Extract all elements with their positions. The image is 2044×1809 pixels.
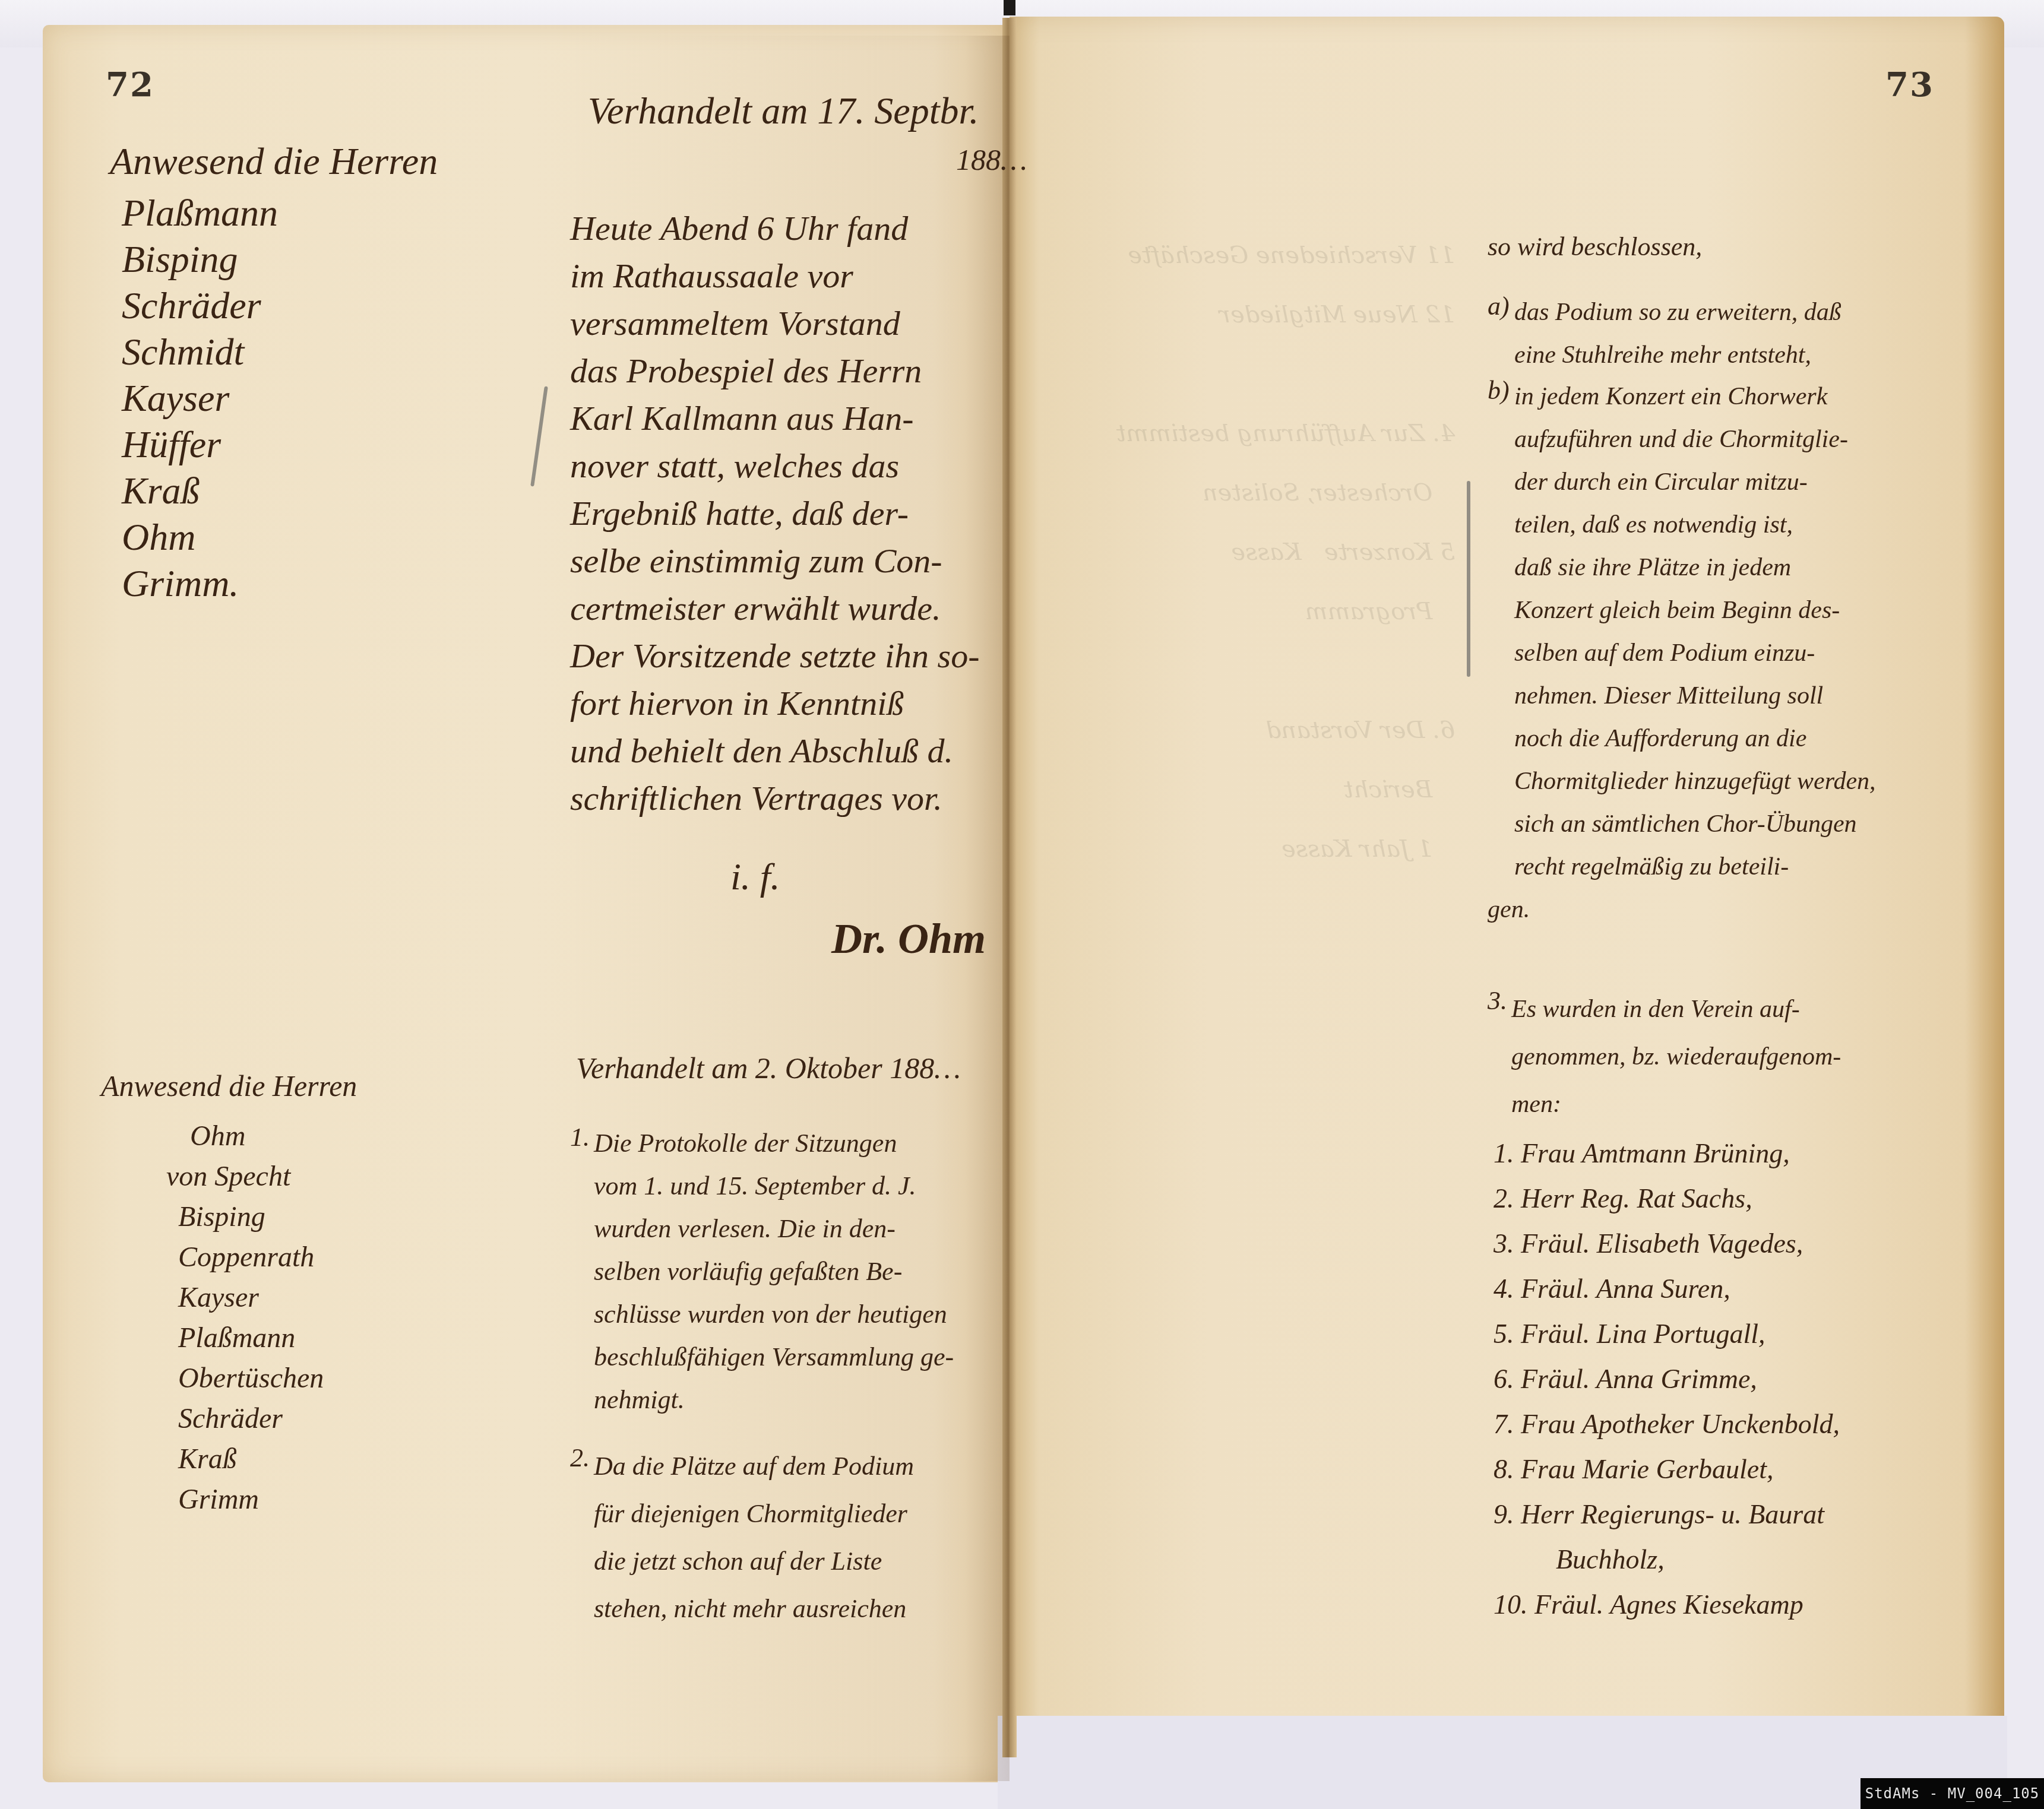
item-line: Es wurden in den Verein auf-	[1511, 986, 1841, 1033]
pencil-margin-mark	[1467, 481, 1470, 677]
page-number-right: 73	[1885, 65, 1934, 104]
item-line: genommen, bz. wiederaufgenom-	[1511, 1033, 1841, 1081]
minutes-line: die jetzt schon auf der Liste	[594, 1538, 914, 1585]
member-entry: 5. Fräul. Lina Portugall,	[1494, 1311, 1840, 1357]
minutes-2-heading: Verhandelt am 2. Oktober 188…	[576, 1051, 961, 1085]
attendee: Grimm.	[122, 560, 278, 607]
resolution-line: nehmen. Dieser Mitteilung soll	[1514, 674, 1876, 717]
minutes-line: beschlußfähigen Versammlung ge-	[594, 1336, 954, 1379]
attendee: Plaßmann	[122, 190, 278, 236]
resolution-body: das Podium so zu erweitern, daß eine Stu…	[1514, 291, 1842, 376]
bleed-through-text: 11 Verschiedene Geschäfte 12 Neue Mitgli…	[1116, 226, 1455, 879]
item-number: 3.	[1488, 986, 1507, 1016]
attendance-heading-2: Anwesend die Herren	[101, 1069, 357, 1103]
minutes-line: selbe einstimmig zum Con-	[570, 537, 980, 585]
minutes-line: wurden verlesen. Die in den-	[594, 1208, 954, 1250]
resolution-line: aufzuführen und die Chormitglie-	[1514, 418, 1876, 461]
minutes-line: schriftlichen Vertrages vor.	[570, 775, 980, 822]
minutes-1-closing: i. f.	[730, 855, 780, 899]
resolution-line: selben auf dem Podium einzu-	[1514, 632, 1876, 674]
attendee: Coppenrath	[178, 1237, 324, 1278]
attendance-list-2: Ohm von Specht Bisping Coppenrath Kayser…	[178, 1116, 324, 1520]
minutes-line: das Probespiel des Herrn	[570, 347, 980, 395]
resolution-line: teilen, daß es notwendig ist,	[1514, 503, 1876, 546]
resolution-line: gen.	[1488, 888, 1876, 931]
resolution-label: a)	[1488, 291, 1510, 321]
member-entry: 10. Fräul. Agnes Kiesekamp	[1494, 1582, 1840, 1627]
attendee: Plaßmann	[178, 1318, 324, 1358]
member-entry: 7. Frau Apotheker Unckenbold,	[1494, 1402, 1840, 1447]
resolution-body: in jedem Konzert ein Chorwerk aufzuführe…	[1514, 375, 1876, 931]
member-entry-continuation: Buchholz,	[1494, 1537, 1840, 1582]
minutes-line: Karl Kallmann aus Han-	[570, 395, 980, 442]
minutes-line: Da die Plätze auf dem Podium	[594, 1443, 914, 1490]
member-entry: 6. Fräul. Anna Grimme,	[1494, 1357, 1840, 1402]
attendee: Bisping	[122, 236, 278, 283]
attendance-heading-1: Anwesend die Herren	[110, 140, 438, 183]
member-entry: 8. Frau Marie Gerbaulet,	[1494, 1447, 1840, 1492]
resolution-label: b)	[1488, 375, 1510, 405]
resolution-line: der durch ein Circular mitzu-	[1514, 461, 1876, 503]
resolution-line: Konzert gleich beim Beginn des-	[1514, 589, 1876, 632]
item-number: 2.	[570, 1443, 590, 1473]
item-line: men:	[1511, 1081, 1841, 1128]
member-entry: 2. Herr Reg. Rat Sachs,	[1494, 1176, 1840, 1221]
resolution-line: das Podium so zu erweitern, daß	[1514, 291, 1842, 334]
minutes-line: nehmigt.	[594, 1379, 954, 1421]
attendee: Obertüschen	[178, 1358, 324, 1399]
attendee: Bisping	[178, 1197, 324, 1237]
minutes-line: und behielt den Abschluß d.	[570, 727, 980, 775]
item-body: Es wurden in den Verein auf- genommen, b…	[1511, 986, 1841, 1128]
binding-edge	[1004, 0, 1015, 15]
attendee: Kayser	[122, 375, 278, 422]
minutes-line: certmeister erwählt wurde.	[570, 585, 980, 632]
minutes-1-heading: Verhandelt am 17. Septbr.	[588, 89, 979, 133]
resolution-line: noch die Aufforderung an die	[1514, 717, 1876, 760]
minutes-1-year: 188…	[956, 142, 1027, 177]
minutes-line: Heute Abend 6 Uhr fand	[570, 205, 980, 252]
resolution-line: in jedem Konzert ein Chorwerk	[1514, 375, 1876, 418]
new-members-list: 1. Frau Amtmann Brüning, 2. Herr Reg. Ra…	[1494, 1131, 1840, 1627]
minutes-1-body: Heute Abend 6 Uhr fand im Rathaussaale v…	[570, 205, 980, 822]
resolution-line: eine Stuhlreihe mehr entsteht,	[1514, 334, 1842, 376]
minutes-line: vom 1. und 15. September d. J.	[594, 1165, 954, 1208]
attendee: Kraß	[122, 468, 278, 514]
member-entry: 3. Fräul. Elisabeth Vagedes,	[1494, 1221, 1840, 1266]
resolution-line: recht regelmäßig zu beteili-	[1514, 845, 1876, 888]
attendee: von Specht	[166, 1157, 324, 1197]
minutes-line: stehen, nicht mehr ausreichen	[594, 1585, 914, 1633]
book-gutter	[1002, 18, 1017, 1757]
resolution-line: daß sie ihre Plätze in jedem	[1514, 546, 1876, 589]
item-body: Die Protokolle der Sitzungen vom 1. und …	[594, 1122, 954, 1421]
underlying-sheet	[998, 1716, 2007, 1809]
minutes-line: versammeltem Vorstand	[570, 300, 980, 347]
attendee: Kraß	[178, 1439, 324, 1479]
page-number-left: 72	[106, 65, 154, 104]
minutes-line: nover statt, welches das	[570, 442, 980, 490]
resolution-line: Chormitglieder hinzugefügt werden,	[1514, 760, 1876, 803]
minutes-line: Der Vorsitzende setzte ihn so-	[570, 632, 980, 680]
minutes-line: selben vorläufig gefaßten Be-	[594, 1250, 954, 1293]
minutes-line: für diejenigen Chormitglieder	[594, 1490, 914, 1538]
minutes-line: im Rathaussaale vor	[570, 252, 980, 300]
archive-label: StdAMs - MV_004_105	[1861, 1778, 2044, 1809]
minutes-line: Die Protokolle der Sitzungen	[594, 1122, 954, 1165]
item-body: Da die Plätze auf dem Podium für diejeni…	[594, 1443, 914, 1633]
member-entry: 4. Fräul. Anna Suren,	[1494, 1266, 1840, 1311]
attendee: Schräder	[178, 1399, 324, 1439]
resolution-intro: so wird beschlossen,	[1488, 232, 1702, 262]
attendee: Schmidt	[122, 329, 278, 375]
item-number: 1.	[570, 1122, 590, 1152]
attendance-list-1: Plaßmann Bisping Schräder Schmidt Kayser…	[122, 190, 278, 607]
minutes-line: fort hiervon in Kenntniß	[570, 680, 980, 727]
signature: Dr. Ohm	[831, 914, 986, 964]
attendee: Kayser	[178, 1278, 324, 1318]
book-spread: 11 Verschiedene Geschäfte 12 Neue Mitgli…	[0, 0, 2044, 1809]
minutes-line: schlüsse wurden von der heutigen	[594, 1293, 954, 1336]
resolution-line: sich an sämtlichen Chor-Übungen	[1514, 803, 1876, 845]
attendee: Grimm	[178, 1479, 324, 1520]
attendee: Ohm	[122, 514, 278, 560]
minutes-line: Ergebniß hatte, daß der-	[570, 490, 980, 537]
member-entry: 1. Frau Amtmann Brüning,	[1494, 1131, 1840, 1176]
attendee: Schräder	[122, 283, 278, 329]
attendee: Ohm	[178, 1116, 324, 1157]
member-entry: 9. Herr Regierungs- u. Baurat	[1494, 1492, 1840, 1537]
attendee: Hüffer	[122, 422, 278, 468]
